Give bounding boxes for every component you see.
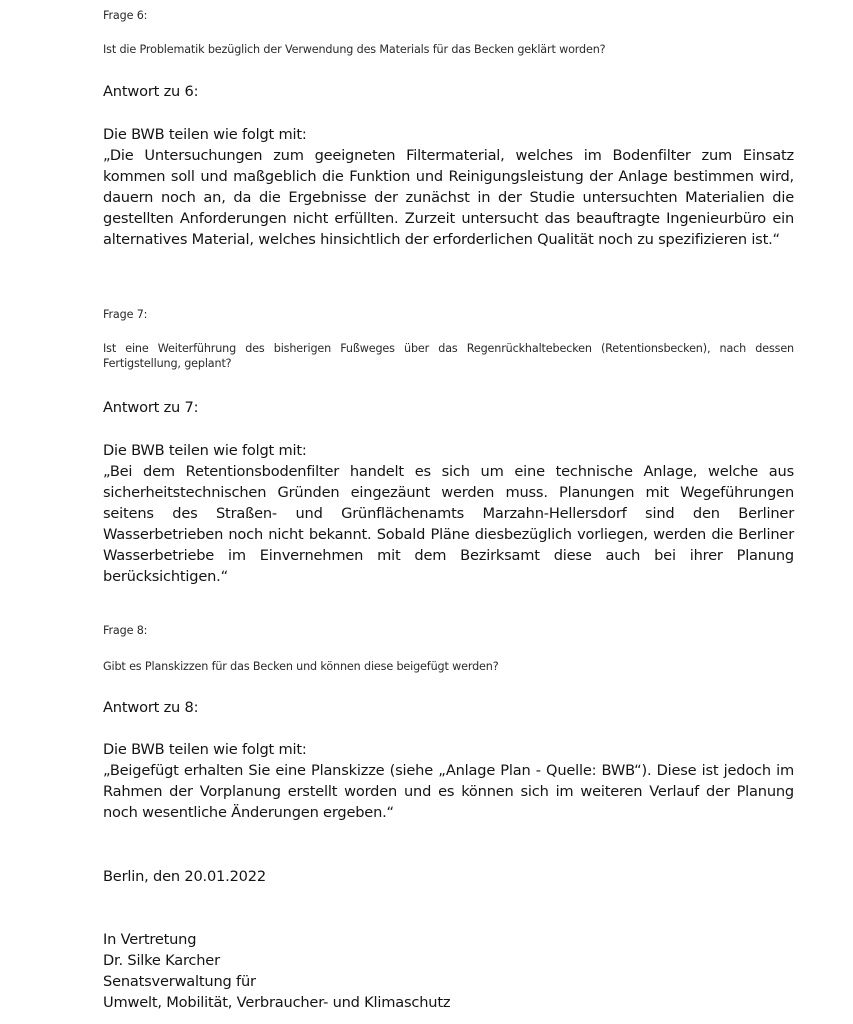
question-8-text: Gibt es Planskizzen für das Becken und k…: [103, 659, 794, 674]
question-8-label: Frage 8:: [103, 623, 794, 638]
question-7-label: Frage 7:: [103, 307, 794, 322]
answer-7-label: Antwort zu 7:: [103, 397, 794, 418]
answer-7-body: Die BWB teilen wie folgt mit: „Bei dem R…: [103, 440, 794, 587]
answer-7-text: „Bei dem Retentionsbodenfilter handelt e…: [103, 461, 794, 587]
answer-6-body: Die BWB teilen wie folgt mit: „Die Unter…: [103, 124, 794, 250]
answer-7-intro: Die BWB teilen wie folgt mit:: [103, 440, 794, 461]
answer-6-label: Antwort zu 6:: [103, 81, 794, 102]
answer-8-text: „Beigefügt erhalten Sie eine Planskizze …: [103, 760, 794, 823]
question-6-text: Ist die Problematik bezüglich der Verwen…: [103, 42, 794, 57]
answer-8-body: Die BWB teilen wie folgt mit: „Beigefügt…: [103, 739, 794, 823]
signature-line-representation: In Vertretung: [103, 929, 794, 950]
question-6-label: Frage 6:: [103, 8, 794, 23]
answer-8-intro: Die BWB teilen wie folgt mit:: [103, 739, 794, 760]
place-date: Berlin, den 20.01.2022: [103, 866, 794, 887]
question-7-text: Ist eine Weiterführung des bisherigen Fu…: [103, 341, 794, 371]
answer-6-intro: Die BWB teilen wie folgt mit:: [103, 124, 794, 145]
signature-line-name: Dr. Silke Karcher: [103, 950, 794, 971]
signature-block: In Vertretung Dr. Silke Karcher Senatsve…: [103, 929, 794, 1013]
answer-6-text: „Die Untersuchungen zum geeigneten Filte…: [103, 145, 794, 250]
signature-line-department: Umwelt, Mobilität, Verbraucher- und Klim…: [103, 992, 794, 1013]
answer-8-label: Antwort zu 8:: [103, 697, 794, 718]
signature-line-office: Senatsverwaltung für: [103, 971, 794, 992]
